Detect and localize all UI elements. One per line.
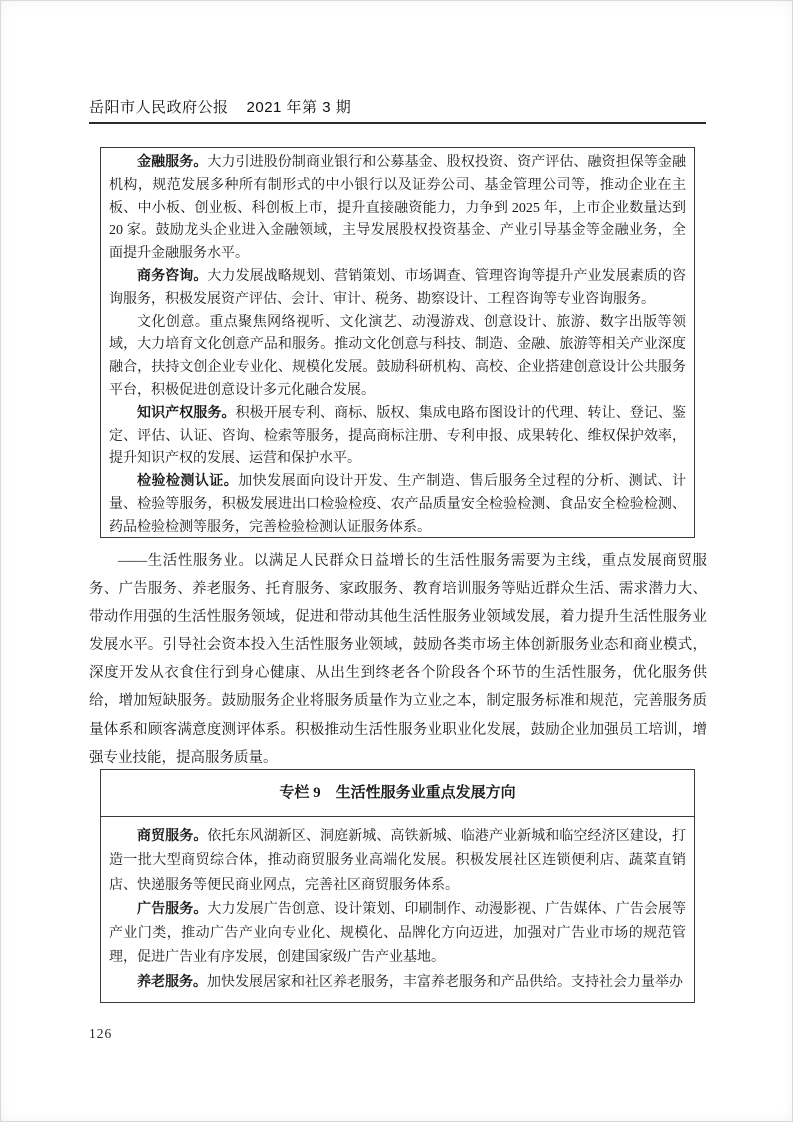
bulletin-issue: 2021 年第 3 期 <box>247 99 352 116</box>
column9-box: 专栏 9 生活性服务业重点发展方向 商贸服务。依托东风湖新区、洞庭新城、高铁新城… <box>100 769 695 1003</box>
column9-body: 商贸服务。依托东风湖新区、洞庭新城、高铁新城、临港产业新城和临空经济区建设，打造… <box>101 817 694 995</box>
paragraph-inspection-certification: 检验检测认证。加快发展面向设计开发、生产制造、售后服务全过程的分析、测试、计量、… <box>109 471 686 539</box>
paragraph-text: 大力引进股份制商业银行和公募基金、股权投资、资产评估、融资担保等金融机构，规范发… <box>109 155 686 261</box>
paragraph-commerce-services: 商贸服务。依托东风湖新区、洞庭新城、高铁新城、临港产业新城和临空经济区建设，打造… <box>109 825 686 898</box>
running-head: 岳阳市人民政府公报2021 年第 3 期 <box>89 96 706 124</box>
services-column-box: 金融服务。大力引进股份制商业银行和公募基金、股权投资、资产评估、融资担保等金融机… <box>100 147 695 538</box>
paragraph-life-services: ——生活性服务业。以满足人民群众日益增长的生活性服务需要为主线，重点发展商贸服务… <box>89 547 707 772</box>
column9-title: 专栏 9 生活性服务业重点发展方向 <box>101 770 694 817</box>
paragraph-cultural-creativity: 文化创意。重点聚焦网络视听、文化演艺、动漫游戏、创意设计、旅游、数字出版等领域，… <box>109 312 686 403</box>
paragraph-lead: 文化创意。 <box>137 315 209 330</box>
paragraph-lead: 广告服务。 <box>137 902 207 917</box>
paragraph-intellectual-property: 知识产权服务。积极开展专利、商标、版权、集成电路布图设计的代理、转让、登记、鉴定… <box>109 403 686 471</box>
paragraph-text: 加快发展居家和社区养老服务，丰富养老服务和产品供给。支持社会力量举办 <box>207 975 683 990</box>
bulletin-title: 岳阳市人民政府公报 <box>89 99 229 116</box>
paragraph-advertising-services: 广告服务。大力发展广告创意、设计策划、印刷制作、动漫影视、广告媒体、广告会展等产… <box>109 898 686 971</box>
paragraph-business-consulting: 商务咨询。大力发展战略规划、营销策划、市场调查、管理咨询等提升产业发展素质的咨询… <box>109 266 686 312</box>
document-page: 岳阳市人民政府公报2021 年第 3 期 金融服务。大力引进股份制商业银行和公募… <box>0 0 793 1122</box>
paragraph-lead: 商贸服务。 <box>137 829 207 844</box>
body-text-block: ——生活性服务业。以满足人民群众日益增长的生活性服务需要为主线，重点发展商贸服务… <box>89 547 707 772</box>
paragraph-lead: 知识产权服务。 <box>137 406 236 421</box>
paragraph-lead: 金融服务。 <box>137 155 207 170</box>
page-number: 126 <box>89 1026 112 1042</box>
paragraph-lead: 检验检测认证。 <box>137 474 238 489</box>
paragraph-financial-services: 金融服务。大力引进股份制商业银行和公募基金、股权投资、资产评估、融资担保等金融机… <box>109 152 686 266</box>
paragraph-lead: 商务咨询。 <box>137 269 207 284</box>
paragraph-elderly-care-services: 养老服务。加快发展居家和社区养老服务，丰富养老服务和产品供给。支持社会力量举办 <box>109 971 686 995</box>
paragraph-lead: 养老服务。 <box>137 975 207 990</box>
